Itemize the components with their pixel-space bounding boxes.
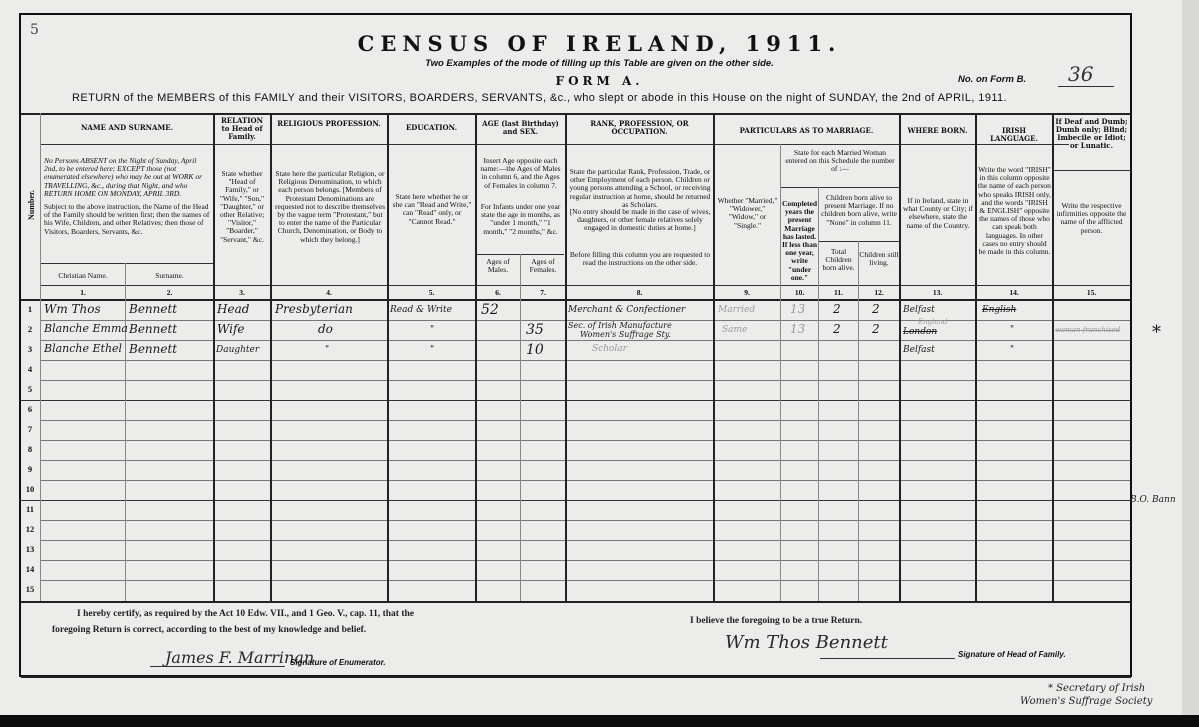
col-divider bbox=[213, 113, 215, 601]
row1-marriage-status: Married bbox=[718, 305, 755, 315]
row3-irish-language: " bbox=[1010, 345, 1014, 355]
colnum-divider-top bbox=[41, 285, 1130, 286]
row-line bbox=[41, 540, 1130, 541]
row2-occupation: Sec. of Irish Manufacture bbox=[568, 321, 672, 330]
row-number: 7 bbox=[22, 424, 38, 434]
education-instruction: State here whether he or she can "Read a… bbox=[391, 193, 473, 226]
col-divider bbox=[40, 113, 41, 601]
children-living-label: Children still living. bbox=[859, 251, 899, 267]
bottom-note-line2: Women's Suffrage Society bbox=[1020, 696, 1152, 708]
row-number: 14 bbox=[22, 564, 38, 574]
irish-language-instruction: Write the word "IRISH" in this column op… bbox=[978, 166, 1051, 256]
row1-religion: Presbyterian bbox=[275, 302, 353, 316]
colnum-3: 3. bbox=[214, 288, 270, 297]
row1-relation: Head bbox=[217, 302, 249, 316]
row-line bbox=[41, 460, 1130, 461]
colnum-6: 6. bbox=[476, 288, 520, 297]
colnum-10: 10. bbox=[781, 288, 818, 297]
row2-relation: Wife bbox=[217, 322, 245, 336]
form-bottom-border bbox=[21, 676, 1131, 678]
children-born-instruction: Children born alive to present Marriage.… bbox=[820, 194, 898, 227]
row1-marriage-years: 13 bbox=[790, 302, 805, 316]
row1-where-born: Belfast bbox=[903, 305, 935, 315]
row2-children-living: 2 bbox=[872, 322, 880, 336]
row2-marriage-years: 13 bbox=[790, 322, 805, 336]
married-woman-instruction: State for each Married Woman entered on … bbox=[782, 149, 898, 174]
row-number: 1 bbox=[22, 304, 38, 314]
col-divider bbox=[270, 113, 272, 601]
row1-occupation: Merchant & Confectioner bbox=[568, 305, 685, 315]
head-of-family-signature-label: Signature of Head of Family. bbox=[958, 650, 1066, 659]
row-line bbox=[41, 480, 1130, 481]
head-signature-line bbox=[820, 658, 955, 659]
row3-religion: " bbox=[325, 345, 329, 355]
col-divider bbox=[475, 113, 477, 601]
row3-christian-name: Blanche Ethel bbox=[44, 342, 122, 355]
asterisk-mark: * bbox=[1152, 322, 1161, 343]
row2-christian-name: Blanche Emma bbox=[44, 322, 128, 335]
row-line bbox=[41, 380, 1130, 381]
where-born-column-title: WHERE BORN. bbox=[901, 127, 974, 135]
age-instruction-2: For Infants under one year state the age… bbox=[478, 203, 563, 236]
row3-surname: Bennett bbox=[129, 342, 177, 356]
total-children-label: Total Children born alive. bbox=[819, 248, 858, 273]
marriage-years-label: Completed years the present Marriage has… bbox=[781, 200, 818, 282]
colnum-1: 1. bbox=[41, 288, 125, 297]
relation-column-title: RELATION to Head of Family. bbox=[216, 117, 268, 141]
row-number: 15 bbox=[22, 584, 38, 594]
infirmity-instruction: Write the respective infirmities opposit… bbox=[1055, 202, 1128, 235]
surname-label: Surname. bbox=[126, 272, 213, 280]
row-number: 5 bbox=[22, 384, 38, 394]
row-line bbox=[41, 560, 1130, 561]
marriage-status-instruction: Whether "Married," "Widower," "Widow," o… bbox=[716, 197, 779, 230]
colnum-13: 13. bbox=[900, 288, 975, 297]
row3-where-born: Belfast bbox=[903, 345, 935, 355]
row-number: 12 bbox=[22, 524, 38, 534]
row1-christian-name: Wm Thos bbox=[44, 302, 101, 316]
col-divider bbox=[975, 113, 977, 601]
colnum-12: 12. bbox=[859, 288, 899, 297]
colnum-9: 9. bbox=[714, 288, 780, 297]
form-title: CENSUS OF IRELAND, 1911. bbox=[0, 31, 1199, 56]
col-divider bbox=[520, 254, 521, 601]
religion-instruction: State here the particular Religion, or R… bbox=[275, 170, 385, 244]
row1-education: Read & Write bbox=[390, 305, 452, 315]
name-column-title: NAME AND SURNAME. bbox=[41, 124, 213, 132]
colnum-14: 14. bbox=[976, 288, 1052, 297]
colnum-2: 2. bbox=[126, 288, 213, 297]
row2-occupation-line2: Women's Suffrage Sty. bbox=[580, 330, 671, 339]
row3-education: " bbox=[430, 345, 434, 355]
row-number: 10 bbox=[22, 484, 38, 494]
row2-age-female: 35 bbox=[526, 322, 544, 338]
head-of-family-signature: Wm Thos Bennett bbox=[725, 632, 888, 653]
relation-instruction: State whether "Head of Family," or "Wife… bbox=[216, 170, 268, 244]
row2-marriage-status: Same bbox=[722, 325, 747, 335]
row3-age-female: 10 bbox=[526, 342, 544, 358]
body-top-border bbox=[21, 299, 1131, 301]
row2-where-born: London bbox=[903, 327, 937, 337]
header-title-divider bbox=[41, 144, 1069, 145]
table-bottom-border bbox=[21, 601, 1131, 603]
infirmity-subheader-divider bbox=[1052, 170, 1130, 171]
page-edge bbox=[1182, 0, 1199, 715]
where-born-instruction: If in Ireland, state in what County or C… bbox=[903, 197, 973, 230]
row-line bbox=[41, 580, 1130, 581]
colnum-11: 11. bbox=[819, 288, 858, 297]
row-number: 2 bbox=[22, 324, 38, 334]
marriage-subheader-divider bbox=[780, 187, 899, 188]
infirmity-column-title: If Deaf and Dumb; Dumb only; Blind; Imbe… bbox=[1054, 118, 1129, 150]
row-number: 8 bbox=[22, 444, 38, 454]
row1-children-total: 2 bbox=[833, 302, 841, 316]
form-b-number: 36 bbox=[1068, 62, 1093, 86]
row-number: 9 bbox=[22, 464, 38, 474]
enumerator-signature-line bbox=[150, 666, 285, 667]
row-line bbox=[41, 520, 1130, 521]
religion-column-title: RELIGIOUS PROFESSION. bbox=[273, 120, 385, 128]
return-instruction: RETURN of the MEMBERS of this FAMILY and… bbox=[72, 92, 1007, 104]
row-line bbox=[41, 420, 1130, 421]
colnum-8: 8. bbox=[566, 288, 713, 297]
name-subheader-divider bbox=[41, 263, 213, 264]
row-number: 13 bbox=[22, 544, 38, 554]
colnum-7: 7. bbox=[521, 288, 565, 297]
ages-males-label: Ages of Males. bbox=[476, 258, 520, 274]
colnum-4: 4. bbox=[271, 288, 387, 297]
row3-relation: Daughter bbox=[216, 345, 259, 355]
row1-irish-language: English bbox=[982, 305, 1016, 315]
row2-surname: Bennett bbox=[129, 322, 177, 336]
certification-text: I hereby certify, as required by the Act… bbox=[52, 606, 442, 638]
form-subtitle: Two Examples of the mode of filling up t… bbox=[0, 58, 1199, 69]
col-divider bbox=[125, 263, 126, 601]
age-instruction-1: Insert Age opposite each name:—the Ages … bbox=[478, 157, 563, 190]
row-line bbox=[41, 340, 1130, 341]
number-column-label: Number. bbox=[27, 190, 36, 220]
colnum-15: 15. bbox=[1053, 288, 1130, 297]
occupation-instruction-3: Before filling this column you are reque… bbox=[569, 251, 711, 267]
occupation-instruction-2: [No entry should be made in the case of … bbox=[569, 208, 711, 233]
name-instruction-1: No Persons ABSENT on the Night of Sunday… bbox=[44, 157, 210, 198]
marriage-column-title: PARTICULARS AS TO MARRIAGE. bbox=[715, 127, 898, 135]
ages-females-label: Ages of Females. bbox=[521, 258, 565, 274]
colnum-5: 5. bbox=[388, 288, 475, 297]
row3-occupation: Scholar bbox=[592, 344, 627, 354]
row-group-line bbox=[21, 500, 1131, 501]
irish-language-column-title: IRISH LANGUAGE. bbox=[977, 127, 1051, 143]
row2-religion: do bbox=[318, 322, 333, 336]
occupation-instruction-1: State the particular Rank, Profession, T… bbox=[569, 168, 711, 209]
true-return-text: I believe the foregoing to be a true Ret… bbox=[690, 613, 862, 629]
bottom-note-line1: * Secretary of Irish bbox=[1048, 683, 1145, 695]
row-line bbox=[41, 360, 1130, 361]
row-line bbox=[41, 440, 1130, 441]
name-instruction-2: Subject to the above instruction, the Na… bbox=[44, 203, 210, 236]
col-divider bbox=[1052, 113, 1054, 601]
row2-education: " bbox=[430, 325, 434, 335]
enumerator-signature-label: Signature of Enumerator. bbox=[290, 658, 386, 667]
row-number: 3 bbox=[22, 344, 38, 354]
row1-children-living: 2 bbox=[872, 302, 880, 316]
form-b-label: No. on Form B. bbox=[958, 74, 1026, 85]
education-column-title: EDUCATION. bbox=[389, 124, 474, 132]
row1-age-male: 52 bbox=[481, 302, 499, 318]
row2-irish-language: " bbox=[1010, 325, 1014, 335]
occupation-column-title: RANK, PROFESSION, OR OCCUPATION. bbox=[567, 120, 712, 136]
row-number: 4 bbox=[22, 364, 38, 374]
row-number: 11 bbox=[22, 504, 38, 514]
christian-name-label: Christian Name. bbox=[41, 272, 125, 280]
age-column-title: AGE (last Birthday) and SEX. bbox=[477, 120, 564, 136]
col-divider bbox=[713, 113, 715, 601]
side-margin-note: B.O. Bann bbox=[1130, 495, 1176, 505]
col-divider bbox=[899, 113, 901, 601]
table-top-border bbox=[21, 113, 1131, 115]
row-number: 6 bbox=[22, 404, 38, 414]
form-b-field-line bbox=[1058, 86, 1114, 87]
col-divider bbox=[387, 113, 389, 601]
row-group-line bbox=[21, 400, 1131, 401]
row1-surname: Bennett bbox=[129, 302, 177, 316]
row2-where-born-correction: England bbox=[918, 318, 948, 326]
col-divider bbox=[565, 113, 567, 601]
row2-children-total: 2 bbox=[833, 322, 841, 336]
row2-infirmity: woman franchised bbox=[1055, 326, 1120, 334]
